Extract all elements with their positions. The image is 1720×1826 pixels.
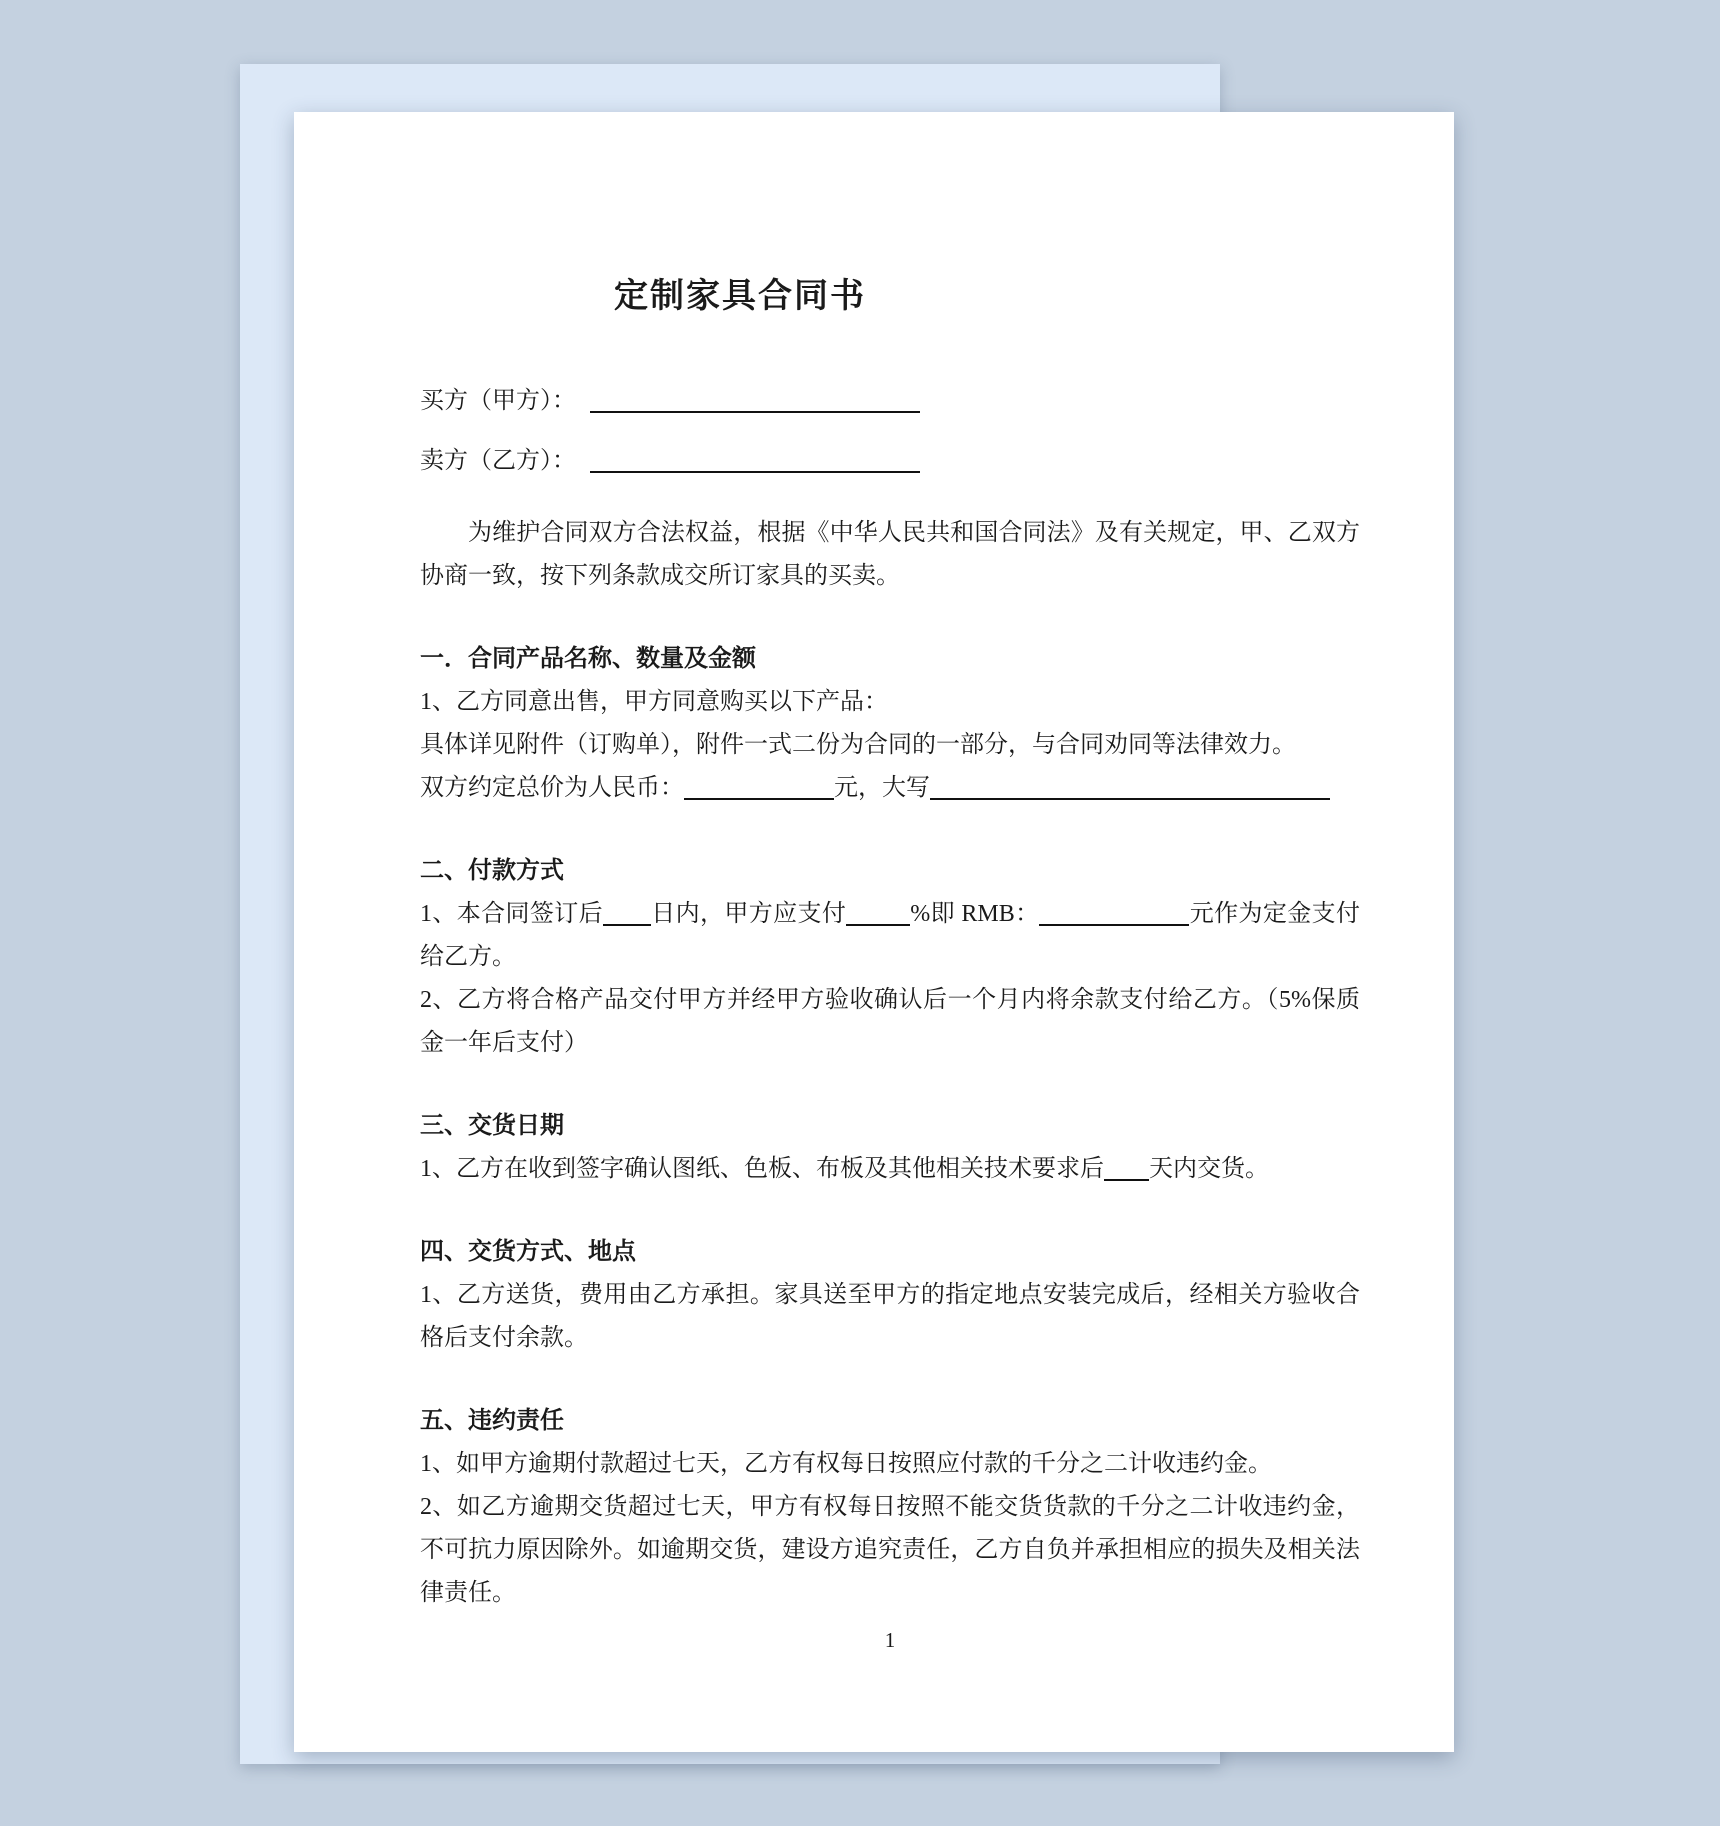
- contract-line: 1、乙方送货，费用由乙方承担。家具送至甲方的指定地点安装完成后，经相关方验收合格…: [420, 1274, 1360, 1360]
- section-heading: 一．合同产品名称、数量及金额: [420, 638, 1360, 681]
- blank-underline: [1039, 900, 1189, 926]
- line-text: 1、乙方送货，费用由乙方承担。家具送至甲方的指定地点安装完成后，经相关方验收合格…: [420, 1282, 1360, 1351]
- contract-section: 四、交货方式、地点1、乙方送货，费用由乙方承担。家具送至甲方的指定地点安装完成后…: [420, 1231, 1360, 1360]
- contract-section: 二、付款方式1、本合同签订后日内，甲方应支付%即 RMB：元作为定金支付给乙方。…: [420, 850, 1360, 1065]
- blank-underline: [603, 900, 651, 926]
- desktop-background: 定制家具合同书 买方（甲方）： 卖方（乙方）： 为维护合同双方合法权益，根据《中…: [0, 0, 1720, 1826]
- blank-underline: [1104, 1155, 1149, 1181]
- contract-line: 双方约定总价为人民币：元，大写: [420, 767, 1360, 810]
- contract-line: 1、乙方在收到签字确认图纸、色板、布板及其他相关技术要求后天内交货。: [420, 1148, 1360, 1191]
- contract-section: 三、交货日期1、乙方在收到签字确认图纸、色板、布板及其他相关技术要求后天内交货。: [420, 1105, 1360, 1191]
- section-heading: 三、交货日期: [420, 1105, 1360, 1148]
- page-number: 1: [420, 1619, 1360, 1662]
- line-text: 元，大写: [834, 775, 930, 801]
- section-heading: 五、违约责任: [420, 1400, 1360, 1443]
- contract-line: 2、乙方将合格产品交付甲方并经甲方验收确认后一个月内将余款支付给乙方。（5%保质…: [420, 979, 1360, 1065]
- contract-line: 1、如甲方逾期付款超过七天，乙方有权每日按照应付款的千分之二计收违约金。: [420, 1443, 1360, 1486]
- line-text: %即 RMB：: [910, 901, 1039, 927]
- contract-line: 1、本合同签订后日内，甲方应支付%即 RMB：元作为定金支付给乙方。: [420, 893, 1360, 979]
- line-text: 双方约定总价为人民币：: [420, 775, 684, 801]
- line-text: 天内交货。: [1149, 1156, 1269, 1182]
- page-content: 定制家具合同书 买方（甲方）： 卖方（乙方）： 为维护合同双方合法权益，根据《中…: [294, 112, 1454, 1752]
- blank-underline: [846, 900, 910, 926]
- contract-line: 1、乙方同意出售，甲方同意购买以下产品：: [420, 681, 1360, 724]
- intro-paragraph: 为维护合同双方合法权益，根据《中华人民共和国合同法》及有关规定，甲、乙双方协商一…: [420, 512, 1360, 598]
- blank-underline: [930, 774, 1330, 800]
- section-heading: 四、交货方式、地点: [420, 1231, 1360, 1274]
- line-text: 1、本合同签订后: [420, 901, 603, 927]
- document-title: 定制家具合同书: [420, 272, 1060, 320]
- party-row-seller: 卖方（乙方）：: [420, 440, 1360, 483]
- line-text: 日内，甲方应支付: [651, 901, 846, 927]
- contract-section: 五、违约责任1、如甲方逾期付款超过七天，乙方有权每日按照应付款的千分之二计收违约…: [420, 1400, 1360, 1615]
- section-heading: 二、付款方式: [420, 850, 1360, 893]
- line-text: 2、乙方将合格产品交付甲方并经甲方验收确认后一个月内将余款支付给乙方。（5%保质…: [420, 987, 1360, 1056]
- blank-underline: [684, 774, 834, 800]
- line-text: 1、如甲方逾期付款超过七天，乙方有权每日按照应付款的千分之二计收违约金。: [420, 1451, 1272, 1477]
- buyer-label: 买方（甲方）：: [420, 388, 576, 414]
- contract-line: 具体详见附件（订购单），附件一式二份为合同的一部分，与合同劝同等法律效力。: [420, 724, 1360, 767]
- line-text: 具体详见附件（订购单），附件一式二份为合同的一部分，与合同劝同等法律效力。: [420, 732, 1296, 758]
- contract-section: 一．合同产品名称、数量及金额1、乙方同意出售，甲方同意购买以下产品：具体详见附件…: [420, 638, 1360, 810]
- line-text: 1、乙方在收到签字确认图纸、色板、布板及其他相关技术要求后: [420, 1156, 1104, 1182]
- fill-in-blank-line: [590, 385, 920, 413]
- contract-line: 2、如乙方逾期交货超过七天，甲方有权每日按照不能交货货款的千分之二计收违约金，不…: [420, 1486, 1360, 1615]
- contract-sections: 一．合同产品名称、数量及金额1、乙方同意出售，甲方同意购买以下产品：具体详见附件…: [420, 638, 1360, 1615]
- party-row-buyer: 买方（甲方）：: [420, 380, 1360, 423]
- seller-label: 卖方（乙方）：: [420, 448, 576, 474]
- fill-in-blank-line: [590, 445, 920, 473]
- contract-page: 定制家具合同书 买方（甲方）： 卖方（乙方）： 为维护合同双方合法权益，根据《中…: [294, 112, 1454, 1752]
- line-text: 1、乙方同意出售，甲方同意购买以下产品：: [420, 689, 888, 715]
- line-text: 2、如乙方逾期交货超过七天，甲方有权每日按照不能交货货款的千分之二计收违约金，不…: [420, 1494, 1360, 1606]
